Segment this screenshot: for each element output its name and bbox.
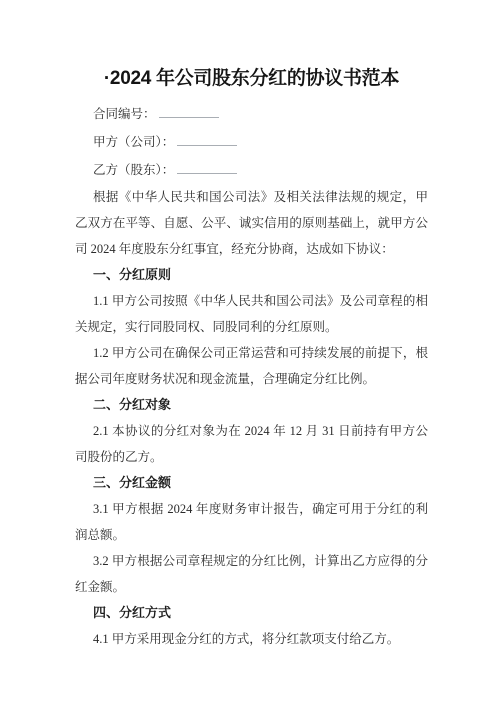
- clause-paragraph: 1.2 甲方公司在确保公司正常运营和可持续发展的前提下，根据公司年度财务状况和现…: [75, 340, 428, 392]
- field-contract-number: 合同编号：: [75, 100, 428, 128]
- section-heading-4: 四、分红方式: [75, 600, 428, 626]
- section-heading-2: 二、分红对象: [75, 392, 428, 418]
- clause-paragraph: 1.1 甲方公司按照《中华人民共和国公司法》及公司章程的相关规定，实行同股同权、…: [75, 288, 428, 340]
- field-label: 乙方（股东）：: [93, 163, 174, 177]
- document-body: 根据《中华人民共和国公司法》及相关法律法规的规定，甲乙双方在平等、自愿、公平、诚…: [75, 184, 428, 652]
- field-label: 合同编号：: [93, 107, 156, 121]
- section-heading-3: 三、分红金额: [75, 470, 428, 496]
- blank-line: [177, 162, 237, 174]
- document-page: ·2024 年公司股东分红的协议书范本 合同编号： 甲方（公司）： 乙方（股东）…: [0, 0, 500, 707]
- field-party-b: 乙方（股东）：: [75, 156, 428, 184]
- blank-line: [177, 134, 237, 146]
- field-label: 甲方（公司）：: [93, 135, 174, 149]
- clause-paragraph: 2.1 本协议的分红对象为在 2024 年 12 月 31 日前持有甲方公司股份…: [75, 418, 428, 470]
- clause-paragraph: 3.2 甲方根据公司章程规定的分红比例，计算出乙方应得的分红金额。: [75, 548, 428, 600]
- field-party-a: 甲方（公司）：: [75, 128, 428, 156]
- section-heading-1: 一、分红原则: [75, 262, 428, 288]
- document-content: ·2024 年公司股东分红的协议书范本 合同编号： 甲方（公司）： 乙方（股东）…: [0, 0, 500, 652]
- intro-paragraph: 根据《中华人民共和国公司法》及相关法律法规的规定，甲乙双方在平等、自愿、公平、诚…: [75, 184, 428, 262]
- clause-paragraph: 4.1 甲方采用现金分红的方式，将分红款项支付给乙方。: [75, 626, 428, 652]
- blank-line: [159, 106, 219, 118]
- header-fields: 合同编号： 甲方（公司）： 乙方（股东）：: [75, 100, 428, 184]
- clause-paragraph: 3.1 甲方根据 2024 年度财务审计报告，确定可用于分红的利润总额。: [75, 496, 428, 548]
- document-title: ·2024 年公司股东分红的协议书范本: [75, 64, 428, 94]
